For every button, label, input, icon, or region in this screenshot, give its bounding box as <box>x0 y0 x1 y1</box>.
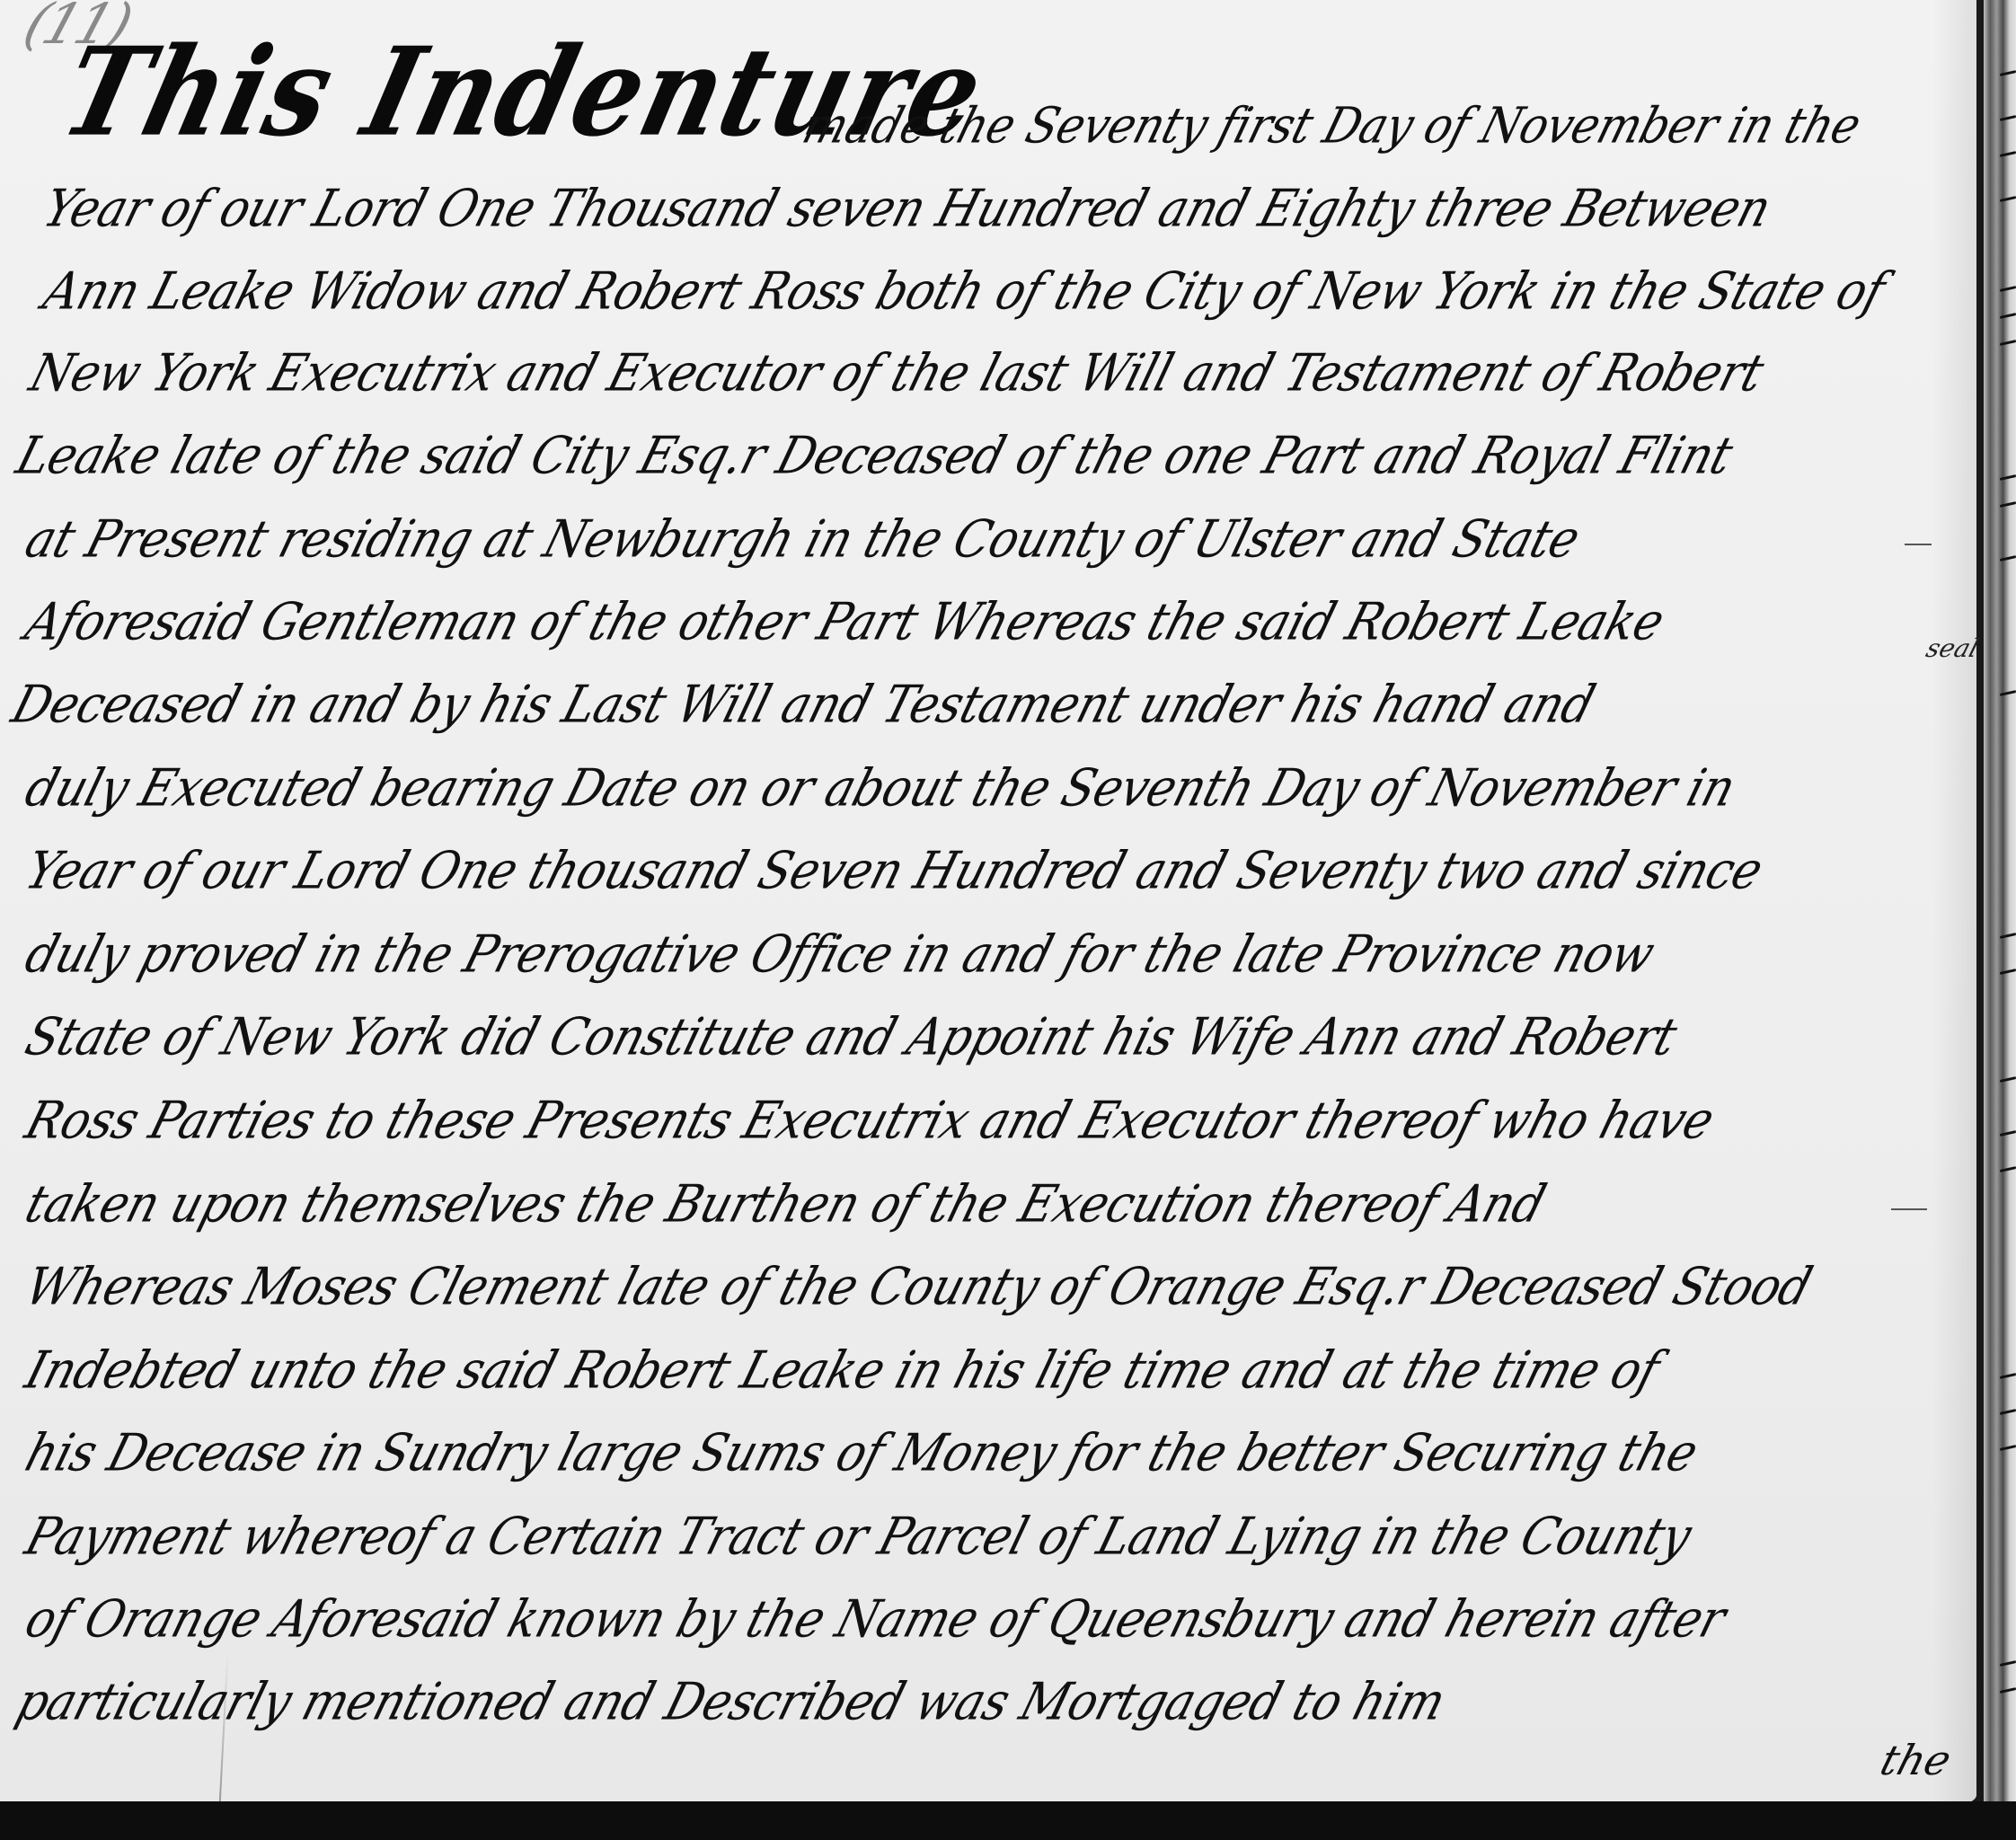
gutter-shadow <box>1932 0 1985 1806</box>
text-line-7: Aforesaid Gentleman of the other Part Wh… <box>19 593 1670 652</box>
line-filler-dash <box>1891 1208 1927 1210</box>
manuscript-page: (11) This Indenture made the Seventy fir… <box>0 0 1976 1806</box>
text-line-1: made the Seventy first Day of November i… <box>797 97 1867 155</box>
text-line-14: taken upon themselves the Burthen of the… <box>19 1175 1552 1234</box>
facing-page-edge <box>1996 0 2016 1840</box>
text-line-3: Ann Leake Widow and Robert Ross both of … <box>37 262 1891 322</box>
text-line-2: Year of our Lord One Thousand seven Hund… <box>37 180 1777 239</box>
text-line-16: Indebted unto the said Robert Leake in h… <box>19 1341 1666 1401</box>
text-line-17: his Decease in Sundry large Sums of Mone… <box>19 1424 1704 1483</box>
text-line-6: at Present residing at Newburgh in the C… <box>19 510 1586 570</box>
text-line-8: Deceased in and by his Last Will and Tes… <box>5 676 1601 735</box>
text-line-11: duly proved in the Prerogative Office in… <box>19 925 1660 985</box>
text-line-5: Leake late of the said City Esq.r Deceas… <box>10 427 1738 486</box>
text-line-9: duly Executed bearing Date on or about t… <box>19 759 1741 818</box>
text-line-15: Whereas Moses Clement late of the County… <box>19 1258 1817 1317</box>
text-line-12: State of New York did Constitute and App… <box>19 1008 1683 1067</box>
text-line-19: of Orange Aforesaid known by the Name of… <box>19 1590 1731 1650</box>
text-line-4: New York Executrix and Executor of the l… <box>23 344 1770 403</box>
text-line-13: Ross Parties to these Presents Executrix… <box>19 1092 1720 1151</box>
scan-border <box>0 1801 2016 1840</box>
text-line-18: Payment whereof a Certain Tract or Parce… <box>19 1508 1697 1567</box>
text-line-10: Year of our Lord One thousand Seven Hund… <box>19 842 1769 901</box>
line-filler-dash <box>1905 544 1932 545</box>
